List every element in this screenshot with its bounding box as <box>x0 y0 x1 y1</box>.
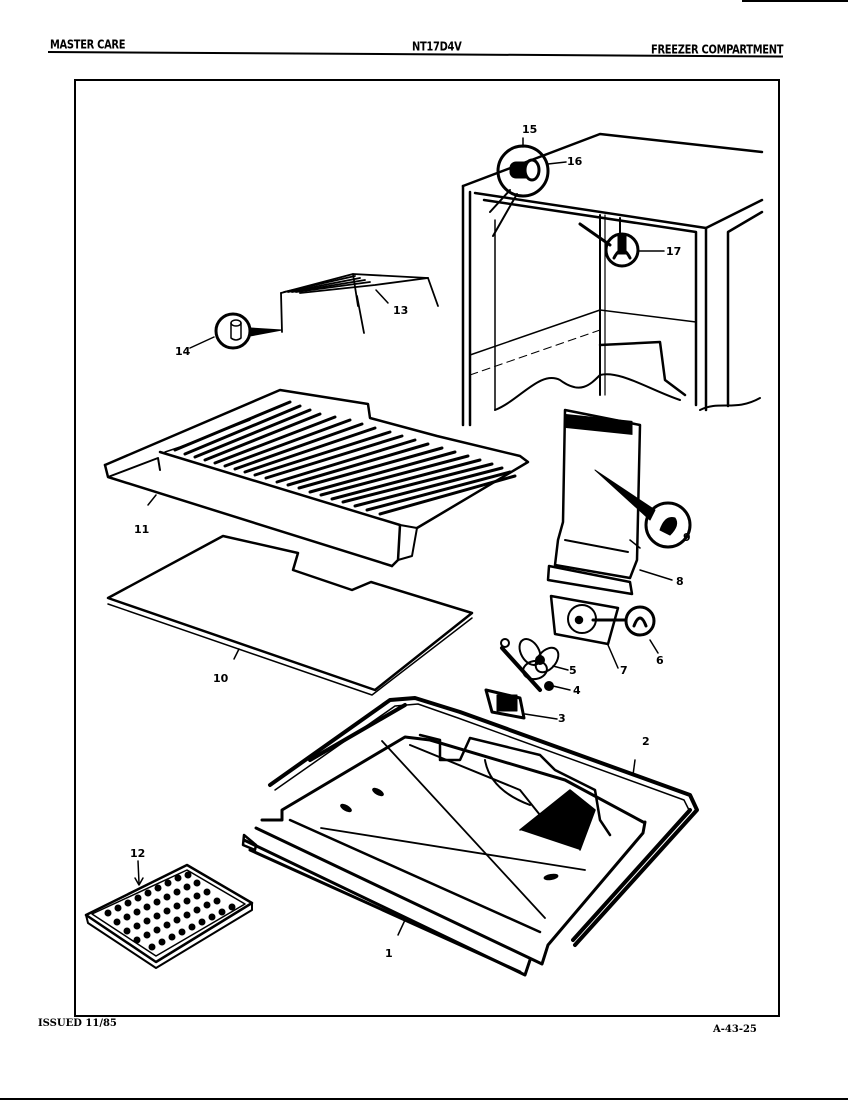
part-label-10: 10 <box>213 672 229 685</box>
ice-cube-tray <box>86 861 252 968</box>
fan-assembly <box>486 635 570 719</box>
part-label-13: 13 <box>393 304 408 317</box>
freezer-cabinet <box>463 134 762 425</box>
part-label-9: 9 <box>683 531 691 544</box>
part-label-16: 16 <box>567 155 583 168</box>
part-label-6: 6 <box>656 654 664 667</box>
part-label-17: 17 <box>666 245 681 258</box>
wire-shelf <box>281 274 438 333</box>
part-label-12: 12 <box>130 847 145 860</box>
page-code: A-43-25 <box>713 1024 757 1035</box>
part-label-8: 8 <box>676 575 684 588</box>
exploded-parts-diagram: 1 2 3 4 5 6 7 8 9 10 11 12 13 14 15 16 1… <box>0 0 848 1100</box>
part-label-3: 3 <box>558 712 566 725</box>
light-bulb-callout <box>490 138 566 236</box>
evaporator-cover <box>548 410 672 594</box>
fastener-callout <box>595 470 690 547</box>
drawer <box>243 698 697 975</box>
part-label-15: 15 <box>522 123 537 136</box>
part-label-7: 7 <box>620 664 628 677</box>
shelf-insert <box>108 536 472 695</box>
issued-date: ISSUED 11/85 <box>38 1018 117 1029</box>
part-label-2: 2 <box>642 735 650 748</box>
part-label-14: 14 <box>175 345 191 358</box>
part-label-11: 11 <box>134 523 149 536</box>
motor-plate <box>551 596 658 668</box>
part-label-1: 1 <box>385 947 393 960</box>
part-label-5: 5 <box>569 664 577 677</box>
freezer-shelf <box>105 390 528 566</box>
support-cap-callout <box>190 314 282 348</box>
part-label-4: 4 <box>573 684 581 697</box>
